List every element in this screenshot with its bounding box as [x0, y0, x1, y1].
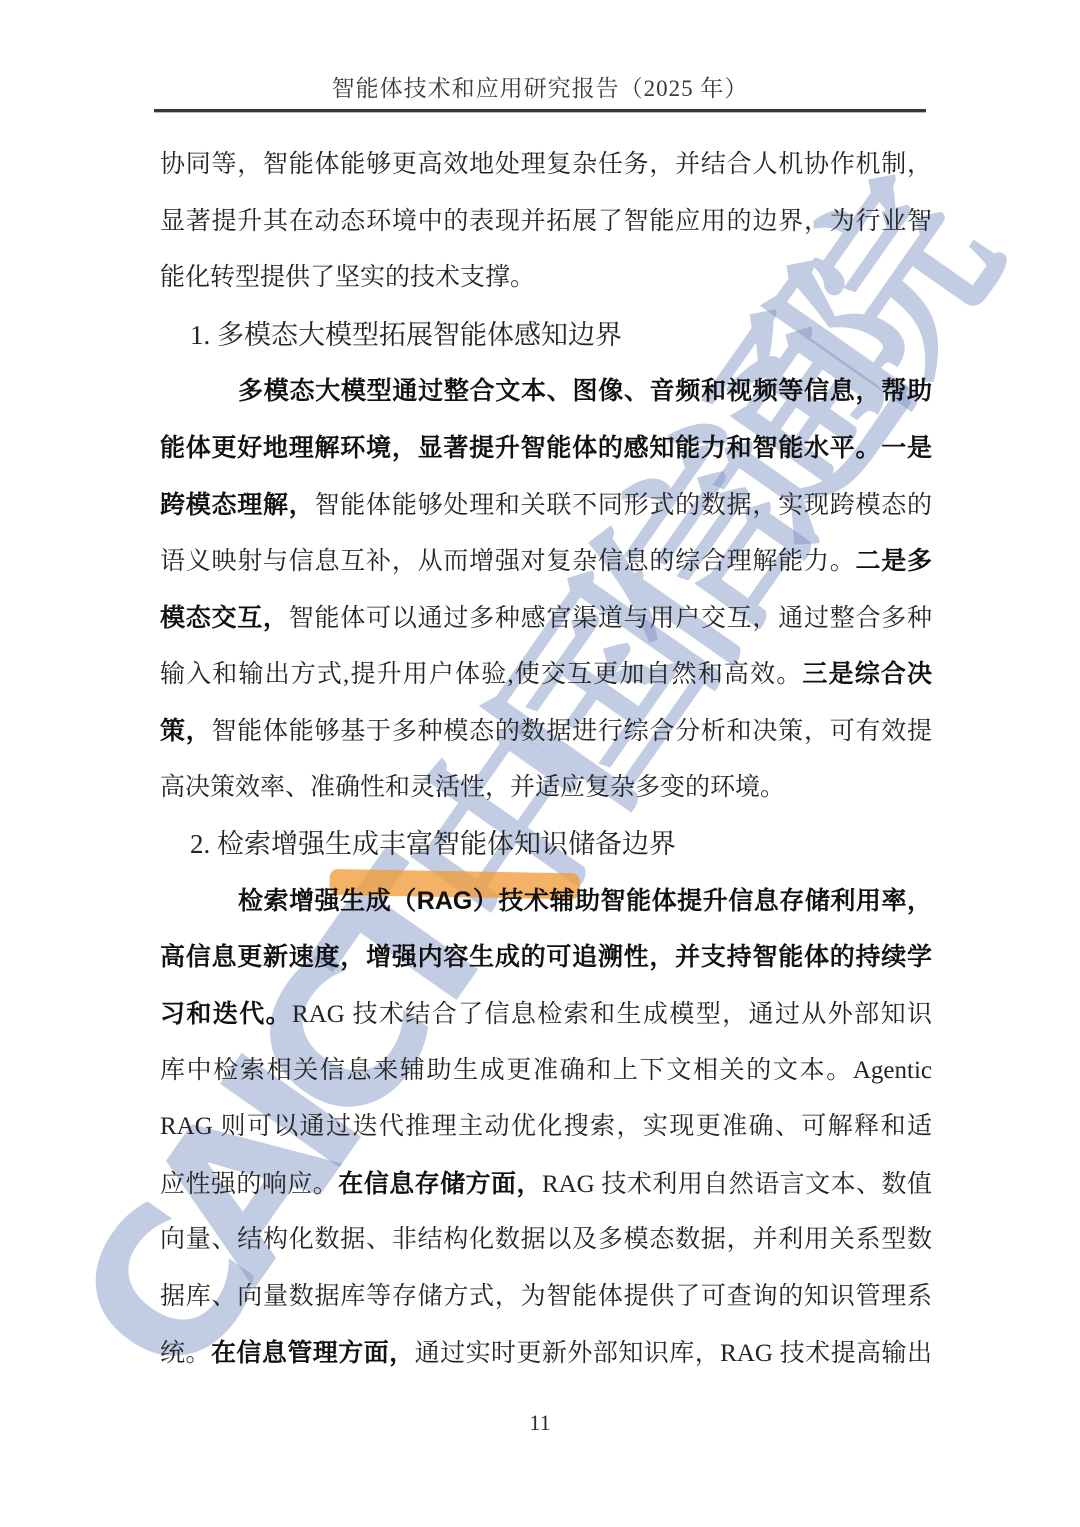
text-segment: 语义映射与信息互补，从而增强对复杂信息的综合理解能力。	[160, 548, 855, 575]
body-line: 向量、结构化数据、非结构化数据以及多模态数据，并利用关系型数	[160, 1212, 932, 1269]
text-segment: 2. 检索增强生成丰富智能体知识储备边界	[190, 829, 676, 859]
body-line: 输入和输出方式,提升用户体验,使交互更加自然和高效。三是综合决	[160, 646, 932, 703]
text-segment: 模态交互，	[160, 604, 289, 632]
section-heading: 1. 多模态大模型拓展智能体感知边界	[160, 307, 932, 364]
body-line: 应性强的响应。在信息存储方面，RAG 技术利用自然语言文本、数值	[160, 1156, 932, 1213]
text-segment: 二是多	[855, 547, 932, 575]
text-segment: 智能体能够处理和关联不同形式的数据，实现跨模态的	[315, 492, 932, 519]
report-title: 智能体技术和应用研究报告（2025 年）	[0, 70, 1080, 103]
body-line: 策，智能体能够基于多种模态的数据进行综合分析和决策，可有效提	[160, 703, 932, 760]
text-segment: 通过实时更新外部知识库，RAG 技术提高输出	[415, 1340, 932, 1367]
text-segment: 习和迭代。	[160, 1000, 292, 1028]
text-segment: 协同等，智能体能够更高效地处理复杂任务，并结合人机协作机制，	[160, 151, 932, 178]
text-segment: 高决策效率、准确性和灵活性，并适应复杂多变的环境。	[160, 774, 785, 801]
body-line: 统。在信息管理方面，通过实时更新外部知识库，RAG 技术提高输出	[160, 1325, 932, 1382]
text-segment: 能体更好地理解环境，显著提升智能体的感知能力和智能水平。一是	[160, 434, 932, 462]
text-segment: 能化转型提供了坚实的技术支撑。	[160, 264, 535, 291]
body-line: 习和迭代。RAG 技术结合了信息检索和生成模型，通过从外部知识	[160, 986, 932, 1043]
text-segment: 输入和输出方式,提升用户体验,使交互更加自然和高效。	[160, 661, 802, 688]
text-segment: 应性强的响应。	[160, 1171, 338, 1198]
text-segment: RAG 技术结合了信息检索和生成模型，通过从外部知识	[292, 1001, 932, 1028]
header-rule	[154, 109, 926, 113]
text-segment: 跨模态理解，	[160, 491, 315, 519]
body-line: 库中检索相关信息来辅助生成更准确和上下文相关的文本。Agentic	[160, 1043, 932, 1100]
body-line: 能体更好地理解环境，显著提升智能体的感知能力和智能水平。一是	[160, 420, 932, 477]
body-line: 跨模态理解，智能体能够处理和关联不同形式的数据，实现跨模态的	[160, 477, 932, 534]
text-segment: 向量、结构化数据、非结构化数据以及多模态数据，并利用关系型数	[160, 1226, 932, 1253]
page-number: 11	[0, 1410, 1080, 1436]
body-line: RAG 则可以通过迭代推理主动优化搜索，实现更准确、可解释和适	[160, 1099, 932, 1156]
text-segment: 多模态大模型通过整合文本、图像、音频和视频等信息，帮助智	[160, 377, 932, 420]
text-segment: 在信息管理方面，	[211, 1339, 415, 1367]
section-heading: 2. 检索增强生成丰富智能体知识储备边界	[160, 816, 932, 873]
body-line: 高决策效率、准确性和灵活性，并适应复杂多变的环境。	[160, 760, 932, 817]
body-line: 高信息更新速度，增强内容生成的可追溯性，并支持智能体的持续学	[160, 929, 932, 986]
body-text: 协同等，智能体能够更高效地处理复杂任务，并结合人机协作机制，显著提升其在动态环境…	[160, 137, 932, 1382]
body-line: 语义映射与信息互补，从而增强对复杂信息的综合理解能力。二是多	[160, 533, 932, 590]
text-segment: 1. 多模态大模型拓展智能体感知边界	[190, 320, 622, 350]
page-header: 智能体技术和应用研究报告（2025 年）	[0, 70, 1080, 113]
text-segment: 智能体能够基于多种模态的数据进行综合分析和决策，可有效提	[212, 718, 932, 745]
text-segment: 显著提升其在动态环境中的表现并拓展了智能应用的边界，为行业智	[160, 208, 932, 235]
document-page: CAICT 中国信通院 智能体技术和应用研究报告（2025 年） 协同等，智能体…	[0, 0, 1080, 1527]
body-line: 检索增强生成（RAG）技术辅助智能体提升信息存储利用率，提	[160, 873, 932, 930]
text-segment: 统。	[160, 1340, 211, 1367]
text-segment: 策，	[160, 717, 212, 745]
text-segment: RAG 则可以通过迭代推理主动优化搜索，实现更准确、可解释和适	[160, 1113, 932, 1140]
body-line: 能化转型提供了坚实的技术支撑。	[160, 250, 932, 307]
body-line: 据库、向量数据库等存储方式，为智能体提供了可查询的知识管理系	[160, 1269, 932, 1326]
body-line: 显著提升其在动态环境中的表现并拓展了智能应用的边界，为行业智	[160, 194, 932, 251]
body-line: 协同等，智能体能够更高效地处理复杂任务，并结合人机协作机制，	[160, 137, 932, 194]
body-line: 模态交互，智能体可以通过多种感官渠道与用户交互，通过整合多种	[160, 590, 932, 647]
body-line: 多模态大模型通过整合文本、图像、音频和视频等信息，帮助智	[160, 363, 932, 420]
text-segment: 智能体可以通过多种感官渠道与用户交互，通过整合多种	[289, 605, 932, 632]
text-segment: 据库、向量数据库等存储方式，为智能体提供了可查询的知识管理系	[160, 1283, 932, 1310]
text-segment: 在信息存储方面，	[338, 1170, 542, 1198]
text-segment: 三是综合决	[802, 660, 932, 688]
text-segment: 检索增强生成（RAG）技术辅助智能体提升信息存储利用率，提	[160, 887, 932, 930]
text-segment: RAG 技术利用自然语言文本、数值	[542, 1171, 932, 1198]
text-segment: 库中检索相关信息来辅助生成更准确和上下文相关的文本。Agentic	[160, 1057, 932, 1084]
text-segment: 高信息更新速度，增强内容生成的可追溯性，并支持智能体的持续学	[160, 943, 932, 971]
